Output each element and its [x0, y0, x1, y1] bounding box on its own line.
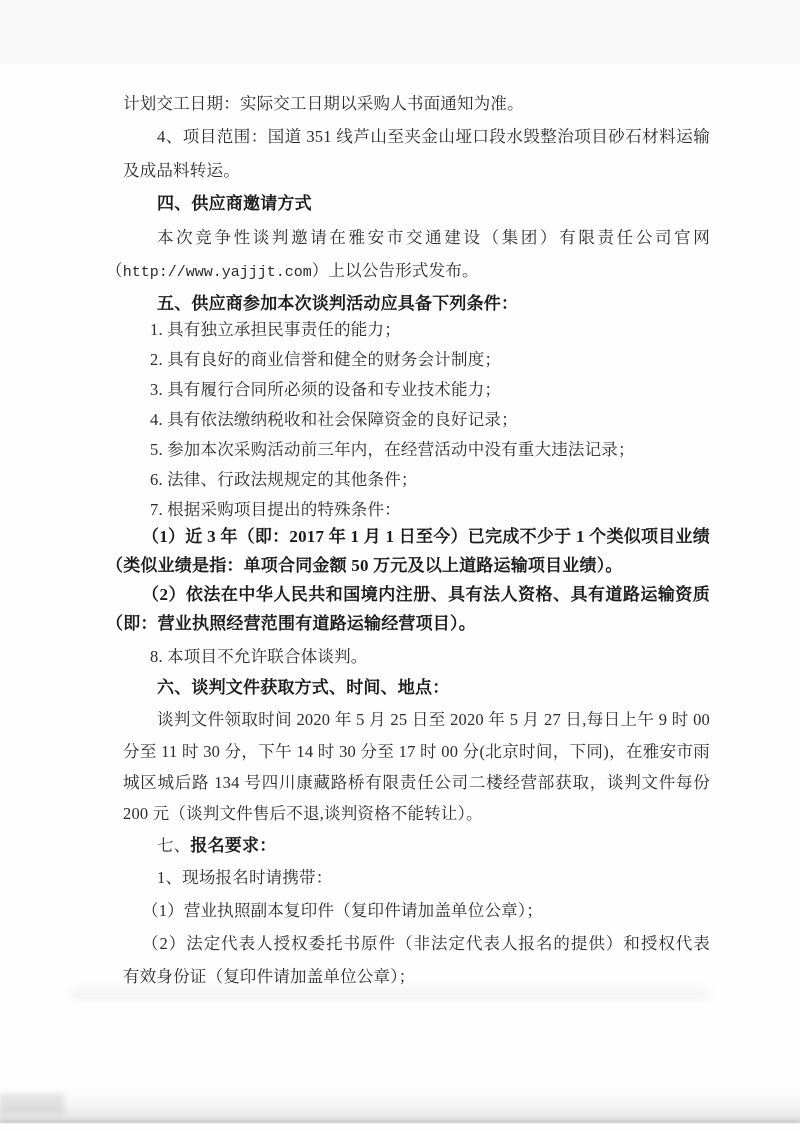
line-text: ）上以公告形式发布。 — [312, 261, 479, 280]
condition-item: 2. 具有良好的商业信誉和健全的财务会计制度； — [150, 348, 501, 372]
special-condition-line: （2）依法在中华人民共和国境内注册、具有法人资格、具有道路运输资质 — [142, 583, 710, 607]
heading-number: 七、 — [157, 836, 190, 855]
paren-open: （ — [106, 261, 123, 280]
paragraph-line: （2）法定代表人授权委托书原件（非法定代表人报名的提供）和授权代表 — [142, 932, 710, 956]
section-heading-supplier-invitation: 四、供应商邀请方式 — [157, 192, 312, 216]
page-edge-shadow — [0, 1086, 800, 1124]
paragraph-line: 200 元（谈判文件售后不退,谈判资格不能转让）。 — [123, 802, 483, 826]
section-heading-registration-requirements: 七、报名要求： — [157, 834, 276, 858]
scan-smudge — [70, 988, 710, 1000]
condition-item: 8. 本项目不允许联合体谈判。 — [150, 645, 368, 669]
paragraph-line: 4、项目范围：国道 351 线芦山至夹金山垭口段水毁整治项目砂石材料运输 — [157, 125, 710, 149]
section-heading-supplier-conditions: 五、供应商参加本次谈判活动应具备下列条件： — [157, 292, 518, 316]
scan-tint-band — [0, 0, 800, 64]
special-condition-line: （即：营业执照经营范围有道路运输经营项目）。 — [106, 612, 476, 636]
special-condition-line: （类似业绩是指：单项合同金额 50 万元及以上道路运输项目业绩）。 — [106, 554, 623, 578]
paragraph-line: 有效身份证（复印件请加盖单位公章）； — [123, 965, 415, 989]
paragraph-line: 1、现场报名时请携带： — [157, 866, 332, 890]
condition-item: 3. 具有履行合同所必须的设备和专业技术能力； — [150, 378, 501, 402]
paragraph-line: 及成品料转运。 — [123, 159, 240, 183]
special-condition-line: （1）近 3 年（即：2017 年 1 月 1 日至今）已完成不少于 1 个类似… — [142, 525, 710, 549]
paragraph-line: 计划交工日期：实际交工日期以采购人书面通知为准。 — [123, 92, 524, 116]
section-heading-document-acquisition: 六、谈判文件获取方式、时间、地点： — [157, 676, 449, 700]
condition-item: 6. 法律、行政法规规定的其他条件； — [150, 468, 418, 492]
condition-item: 4. 具有依法缴纳税收和社会保障资金的良好记录； — [150, 408, 518, 432]
paragraph-line: 谈判文件领取时间 2020 年 5 月 25 日至 2020 年 5 月 27 … — [157, 708, 710, 732]
scanned-document-page: 计划交工日期：实际交工日期以采购人书面通知为准。 4、项目范围：国道 351 线… — [0, 0, 800, 1131]
condition-item: 1. 具有独立承担民事责任的能力； — [150, 318, 401, 342]
paragraph-line: （1）营业执照副本复印件（复印件请加盖单位公章）； — [142, 899, 543, 923]
condition-item: 7. 根据采购项目提出的特殊条件： — [150, 498, 401, 522]
paragraph-line: 本次竞争性谈判邀请在雅安市交通建设（集团）有限责任公司官网 — [157, 226, 710, 250]
paragraph-line: 城区城后路 134 号四川康藏路桥有限责任公司二楼经营部获取，谈判文件每份 — [123, 771, 710, 795]
website-url: http://www.yajjjt.com — [123, 264, 312, 281]
page-edge-line — [0, 1121, 800, 1123]
condition-item: 5. 参加本次采购活动前三年内，在经营活动中没有重大违法记录； — [150, 438, 635, 462]
paragraph-line: （http://www.yajjjt.com）上以公告形式发布。 — [106, 259, 479, 283]
heading-text: 报名要求： — [190, 836, 276, 855]
paragraph-line: 分至 11 时 30 分，下午 14 时 30 分至 17 时 00 分(北京时… — [123, 740, 710, 764]
page-edge-blotch — [0, 1094, 64, 1114]
